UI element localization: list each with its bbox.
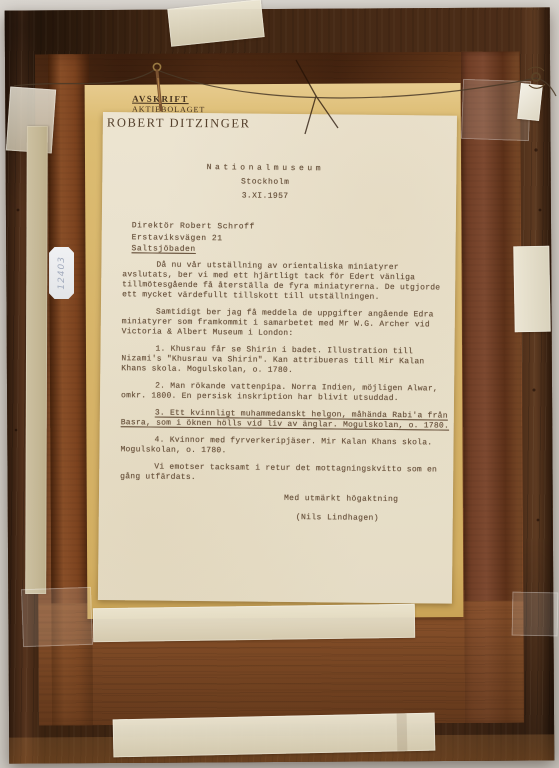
tape-bottom-lower-strip [113, 713, 436, 758]
recipient-name: Direktör Robert Schroff [132, 220, 255, 233]
stamp-aktiebolaget: AKTIEBOLAGET [132, 105, 251, 115]
recipient-block: Direktör Robert Schroff Erstaviksvägen 2… [132, 220, 255, 256]
tape-bottom-upper-strip [93, 604, 415, 642]
recipient-city: Saltsjöbaden [132, 243, 255, 256]
tape-left-long-strip [25, 126, 48, 594]
letter-city: Stockholm [102, 176, 428, 188]
letter-organization: Nationalmuseum [102, 162, 428, 174]
letter-closing: Med utmärkt högaktning [284, 494, 450, 505]
stamp-avskrift: AVSKRIFT [132, 94, 251, 105]
letter-paragraph: Samtidigt ber jag få meddela de uppgifte… [122, 307, 452, 340]
tape-right-middle [513, 246, 550, 333]
tape-right-fold [517, 83, 543, 121]
letter-body: Då nu vår utställning av orientaliska mi… [120, 260, 453, 523]
typed-letter: Nationalmuseum Stockholm 3.XI.1957 Direk… [98, 112, 457, 604]
letter-paragraph-item-3-underlined: 3. Ett kvinnligt muhammedanskt helgon, m… [121, 408, 451, 431]
letter-paragraph-item-1: 1. Khusrau får se Shirin i badet. Illust… [121, 344, 451, 377]
letter-signature: (Nils Lindhagen) [296, 513, 450, 524]
letter-paragraph: Vi emotser tacksamt i retur det mottagni… [120, 462, 450, 485]
photo-frame-back: Nationalmuseum Stockholm 3.XI.1957 Direk… [0, 0, 559, 768]
sticker-number: 12403 [57, 256, 67, 290]
inventory-sticker: 12403 [49, 247, 74, 299]
letter-paragraph-item-2: 2. Man rökande vattenpipa. Norra Indien,… [121, 381, 451, 404]
letter-date: 3.XI.1957 [102, 190, 428, 202]
letter-header: Nationalmuseum Stockholm 3.XI.1957 [102, 162, 428, 202]
dealer-stamp: AVSKRIFT AKTIEBOLAGET ROBERT DITZINGER [107, 93, 251, 131]
tape-bottom-right-clear [512, 592, 559, 637]
tape-bottom-left-clear [21, 587, 93, 647]
letter-paragraph-item-4: 4. Kvinnor med fyrverkeripjäser. Mir Kal… [120, 435, 450, 458]
stamp-robert-ditzinger: ROBERT DITZINGER [107, 115, 251, 131]
letter-paragraph: Då nu vår utställning av orientaliska mi… [122, 260, 452, 303]
